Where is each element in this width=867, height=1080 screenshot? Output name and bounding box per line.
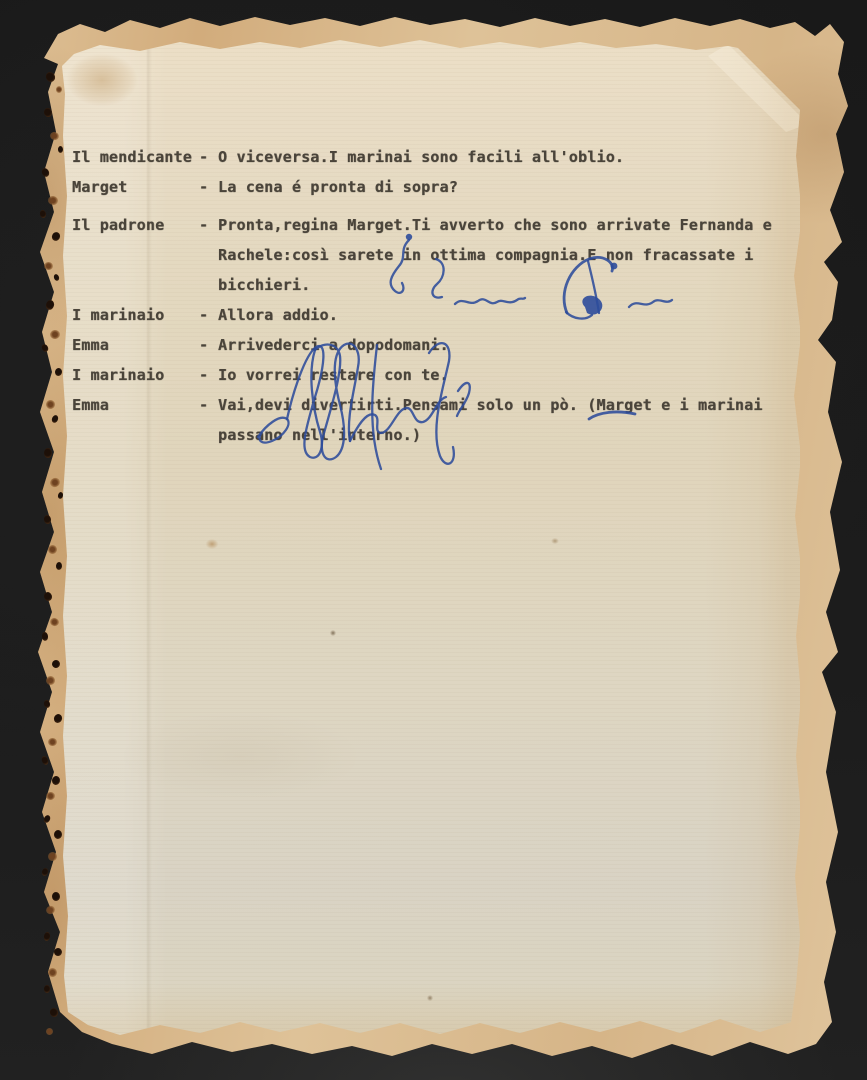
dialogue-dash: - [199,172,218,202]
speaker-name: Emma [72,330,199,360]
dialogue-dash: - [199,142,218,172]
dialogue-dash: - [199,360,218,390]
punch-hole [40,755,49,766]
script-line: Marget-La cena é pronta di sopra? [72,172,788,202]
speaker-name: Emma [72,390,199,420]
script-line: Rachele:così sarete in ottima compagnia.… [72,240,788,270]
speaker-name [72,270,199,300]
script-line: passano nell'interno.) [72,420,788,450]
dialogue-text: Io vorrei restare con te. [218,360,788,390]
punch-hole [49,1007,60,1018]
scanned-page: Il mendicante-O viceversa.I marinai sono… [0,0,867,1080]
speaker-name: I marinaio [72,360,199,390]
dialogue-text: Arrivederci a dopodomani. [218,330,788,360]
dialogue-dash [199,420,218,450]
script-line: I marinaio-Io vorrei restare con te. [72,360,788,390]
speaker-name: Marget [72,172,199,202]
dialogue-text: Pronta,regina Marget.Ti avverto che sono… [218,210,788,240]
script-line: Emma-Arrivederci a dopodomani. [72,330,788,360]
speaker-name [72,240,199,270]
dialogue-text: O viceversa.I marinai sono facili all'ob… [218,142,788,172]
speaker-name: I marinaio [72,300,199,330]
punch-hole [44,985,50,993]
dialogue-dash: - [199,210,218,240]
punch-hole [41,867,49,877]
script-line: Il mendicante-O viceversa.I marinai sono… [72,142,788,172]
speaker-name: Il padrone [72,210,199,240]
script-line: I marinaio-Allora addio. [72,300,788,330]
dialogue-dash [199,270,218,300]
speaker-name [72,420,199,450]
punch-hole [39,210,46,219]
dialogue-dash: - [199,390,218,420]
dialogue-text: La cena é pronta di sopra? [218,172,788,202]
speaker-name: Il mendicante [72,142,199,172]
script-line: Emma-Vai,devi divertirti.Pensami solo un… [72,390,788,420]
script-line: Il padrone-Pronta,regina Marget.Ti avver… [72,210,788,240]
dialogue-text: bicchieri. [218,270,788,300]
punch-hole [45,1027,54,1036]
dialogue-text: passano nell'interno.) [218,420,788,450]
dialogue-dash: - [199,300,218,330]
punch-hole [44,448,52,458]
dialogue-dash: - [199,330,218,360]
typed-sheet: Il mendicante-O viceversa.I marinai sono… [60,36,800,1038]
dialogue-text: Vai,devi divertirti.Pensami solo un pò. … [218,390,788,420]
dialogue-dash [199,240,218,270]
punch-hole [43,932,50,942]
script-text: Il mendicante-O viceversa.I marinai sono… [72,142,788,450]
dialogue-text: Rachele:così sarete in ottima compagnia.… [218,240,788,270]
script-line: bicchieri. [72,270,788,300]
dialogue-text: Allora addio. [218,300,788,330]
